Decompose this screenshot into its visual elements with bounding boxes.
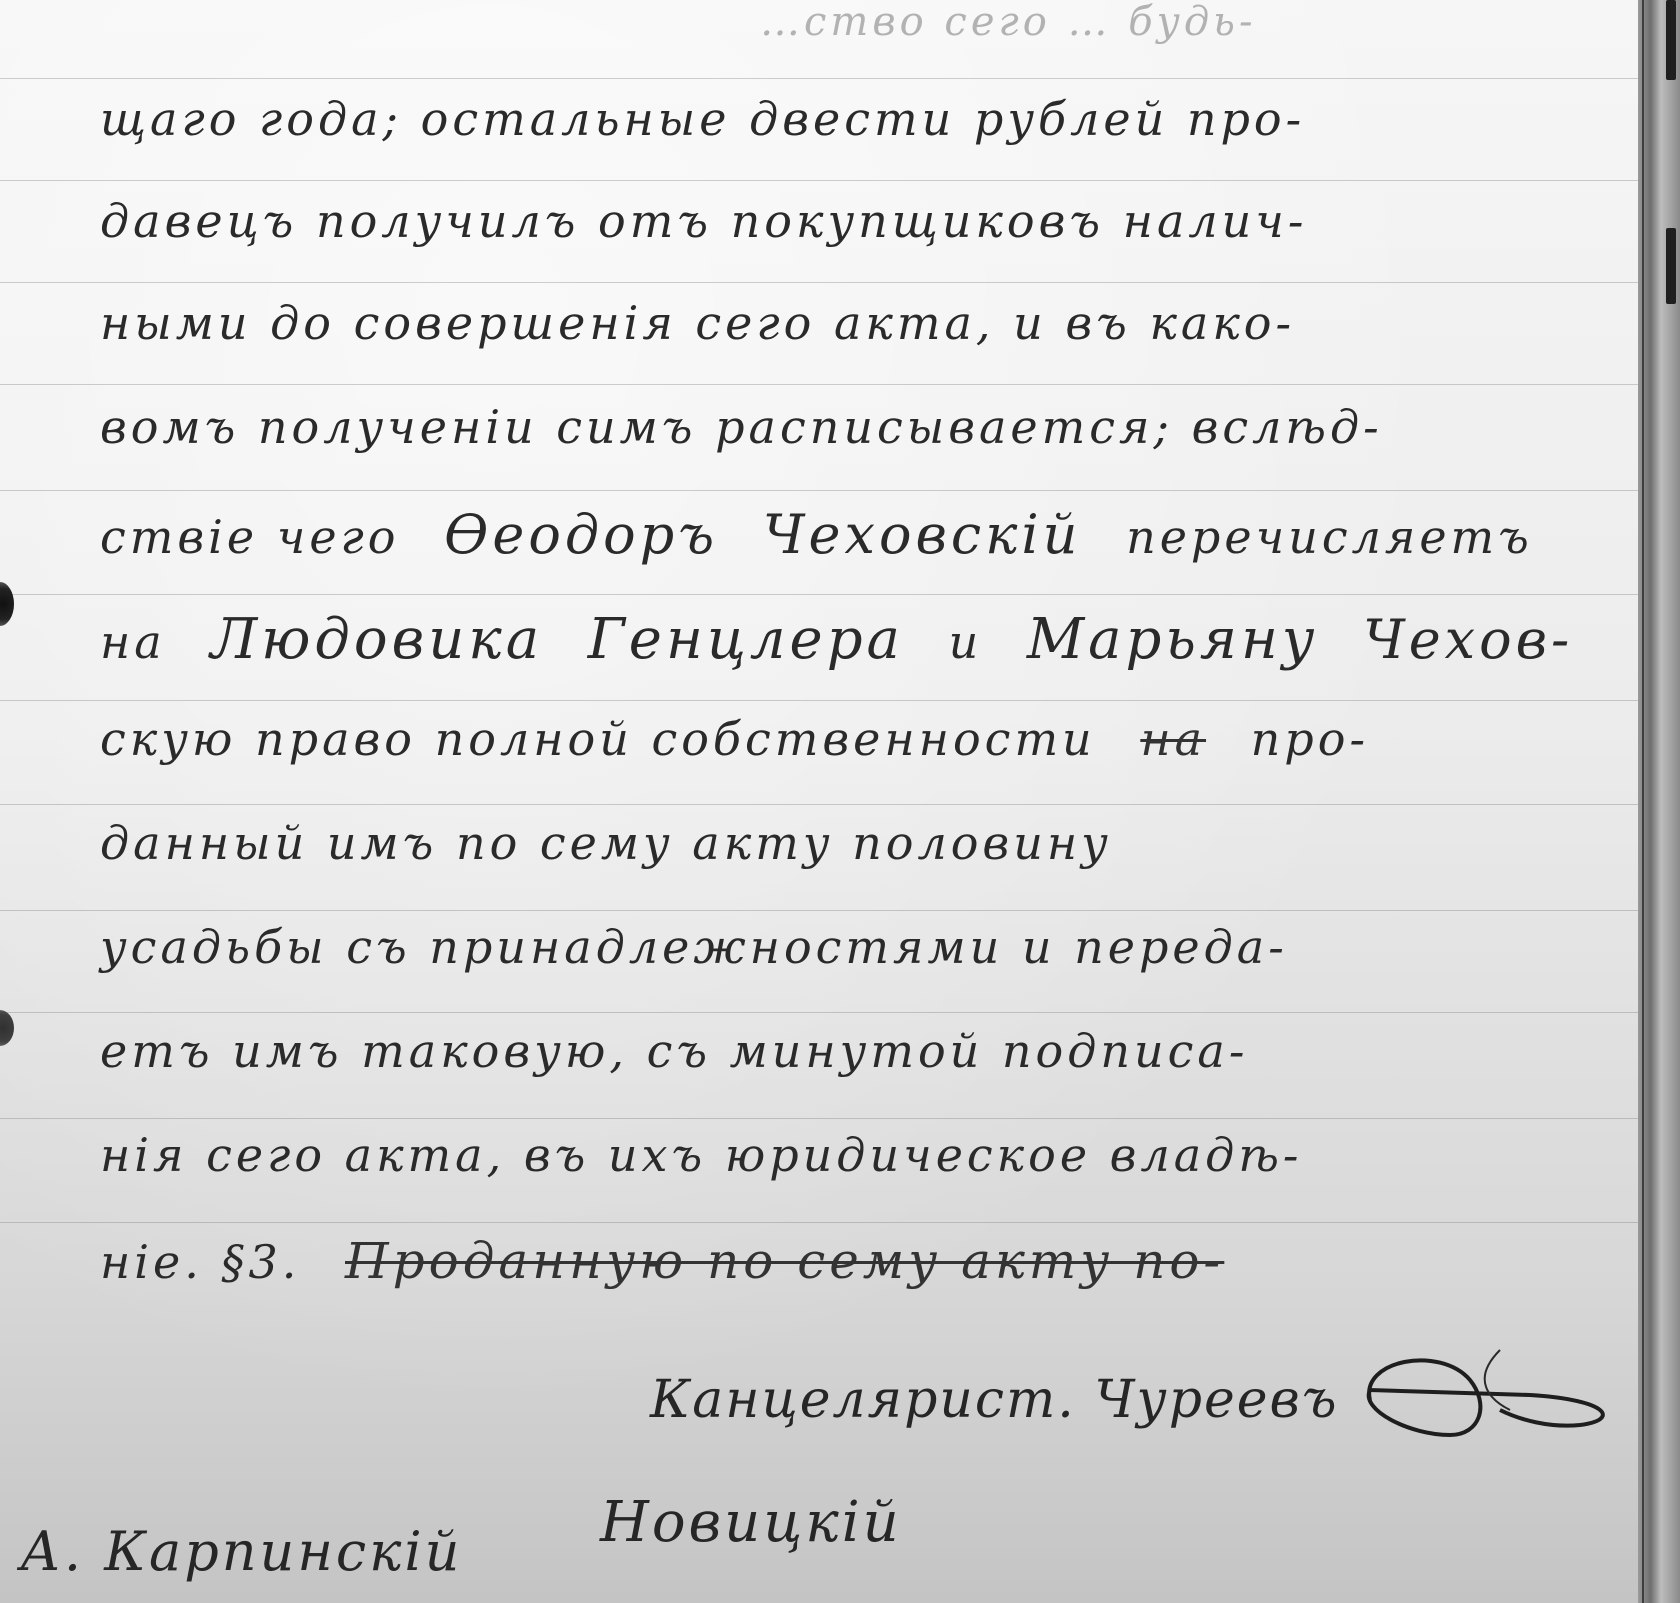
- signature-second: Новицкій: [600, 1490, 902, 1555]
- text-line-2: давецъ получилъ отъ покупщиковъ налич-: [100, 198, 1620, 244]
- section-marker: ніе. §3.: [100, 1239, 300, 1285]
- ruled-line: [0, 180, 1638, 181]
- ruled-line: [0, 1118, 1638, 1119]
- punch-hole-icon: [0, 582, 14, 626]
- struck-word: на: [1140, 716, 1206, 762]
- signature-notary: Канцелярист. Чуреевъ: [650, 1370, 1338, 1430]
- page-edge: [1638, 0, 1680, 1603]
- ruled-line: [0, 700, 1638, 701]
- text-line-6: на Людовика Генцлера и Марьяну Чехов-: [100, 612, 1620, 668]
- text-line-partial: …ство сего … будь-: [760, 2, 1680, 42]
- text-fragment: ствіе чего: [100, 514, 400, 560]
- text-line-7: скую право полной собственности на про-: [100, 716, 1620, 762]
- person-surname: Генцлера: [588, 612, 904, 668]
- ruled-line: [0, 490, 1638, 491]
- ruled-line: [0, 804, 1638, 805]
- text-fragment: перечисляетъ: [1126, 514, 1533, 560]
- ruled-line: [0, 1012, 1638, 1013]
- text-line-8: данный имъ по сему акту половину: [100, 820, 1620, 866]
- ruled-line: [0, 594, 1638, 595]
- binder-tab-icon: [1666, 0, 1676, 80]
- ruled-line: [0, 910, 1638, 911]
- person-surname: Чехов-: [1363, 613, 1573, 667]
- text-line-5: ствіе чего Ѳеодоръ Чеховскій перечисляет…: [100, 508, 1620, 562]
- text-line-3: ными до совершенія сего акта, и въ како-: [100, 300, 1620, 346]
- document-page: …ство сего … будь- щаго года; остальные …: [0, 0, 1638, 1603]
- ruled-line: [0, 282, 1638, 283]
- ruled-line: [0, 384, 1638, 385]
- text-line-9: усадьбы съ принадлежностями и переда-: [100, 924, 1620, 970]
- text-fragment: скую право полной собственности: [100, 716, 1096, 762]
- binder-tab-icon: [1666, 228, 1676, 304]
- text-fragment: и: [949, 619, 983, 665]
- person-name: Ѳеодоръ: [444, 508, 718, 562]
- ruled-line: [0, 1222, 1638, 1223]
- ruled-line: [0, 78, 1638, 79]
- text-line-4: вомъ полученіи симъ расписывается; вслѣд…: [100, 404, 1620, 450]
- text-line-11: нія сего акта, въ ихъ юридическое владѣ-: [100, 1132, 1620, 1178]
- text-line-10: етъ имъ таковую, съ минутой подписа-: [100, 1028, 1620, 1074]
- signature-flourish-icon: [1350, 1340, 1630, 1450]
- text-line-1: щаго года; остальные двести рублей про-: [100, 96, 1620, 142]
- struck-text: Проданную по сему акту по-: [345, 1236, 1224, 1286]
- text-fragment: про-: [1251, 716, 1369, 762]
- person-name: Марьяну: [1027, 612, 1319, 668]
- person-name: Людовика: [210, 612, 543, 668]
- text-line-12: ніе. §3. Проданную по сему акту по-: [100, 1236, 1620, 1286]
- punch-hole-icon: [0, 1010, 14, 1046]
- text-fragment: на: [100, 619, 166, 665]
- person-surname: Чеховскій: [763, 508, 1082, 562]
- signature-left: А. Карпинскій: [20, 1520, 462, 1583]
